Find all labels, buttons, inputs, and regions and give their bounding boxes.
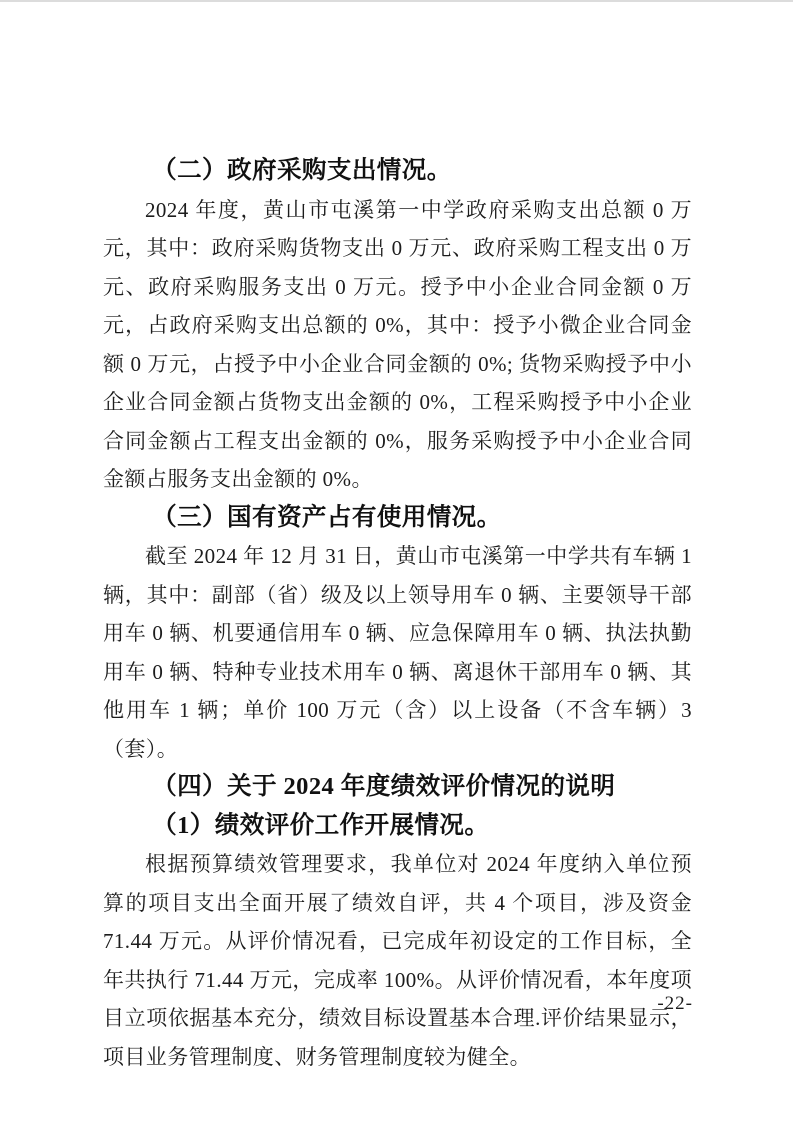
heading-performance-evaluation-work: （1）绩效评价工作开展情况。 <box>103 807 692 846</box>
heading-performance-evaluation-2024: （四）关于 2024 年度绩效评价情况的说明 <box>103 768 692 807</box>
page-number: -22- <box>657 993 693 1015</box>
page-top-edge <box>0 0 793 2</box>
paragraph-gov-procurement-details: 2024 年度，黄山市屯溪第一中学政府采购支出总额 0 万元，其中：政府采购货物… <box>103 191 692 499</box>
heading-state-assets-usage: （三）国有资产占有使用情况。 <box>103 499 692 538</box>
paragraph-performance-evaluation-details: 根据预算绩效管理要求，我单位对 2024 年度纳入单位预算的项目支出全面开展了绩… <box>103 845 692 1076</box>
paragraph-state-assets-details: 截至 2024 年 12 月 31 日，黄山市屯溪第一中学共有车辆 1 辆，其中… <box>103 537 692 768</box>
document-body: （二）政府采购支出情况。 2024 年度，黄山市屯溪第一中学政府采购支出总额 0… <box>103 152 692 1076</box>
document-page: （二）政府采购支出情况。 2024 年度，黄山市屯溪第一中学政府采购支出总额 0… <box>0 0 793 1122</box>
heading-gov-procurement-expenditure: （二）政府采购支出情况。 <box>103 152 692 191</box>
